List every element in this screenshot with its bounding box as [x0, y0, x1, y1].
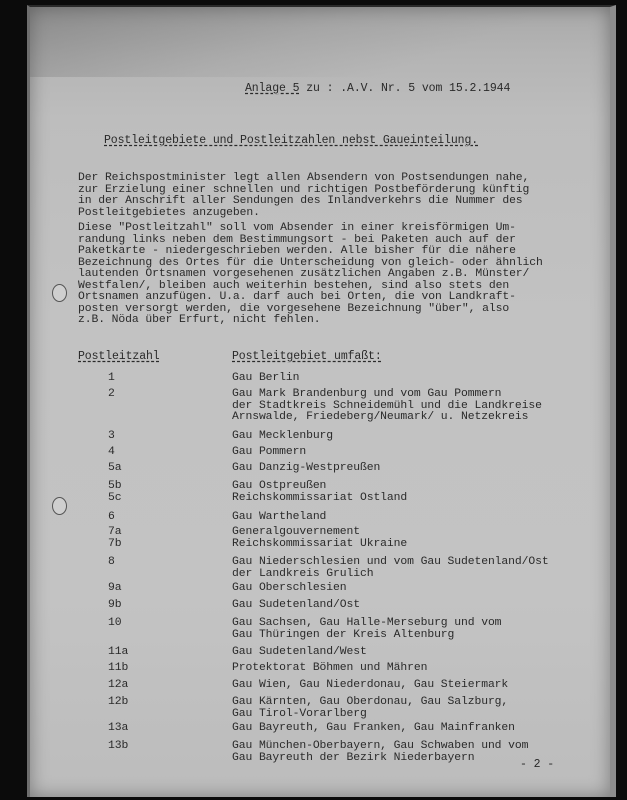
postal-area: GeneralgouvernementReichskommissariat Uk…	[232, 527, 407, 550]
postal-code: 5b 5c	[108, 481, 148, 504]
postal-code: 4	[108, 447, 148, 459]
postal-area-line: Gau Mecklenburg	[232, 431, 333, 443]
postal-area-line: Generalgouvernement	[232, 527, 407, 539]
annex-label: Anlage 5	[245, 82, 299, 95]
postal-code: 13a	[108, 723, 148, 735]
postal-area-line: Gau Bayreuth, Gau Franken, Gau Mainfrank…	[232, 723, 515, 735]
postal-area: Gau Mecklenburg	[232, 431, 333, 443]
postal-area: Gau Berlin	[232, 373, 299, 385]
postal-area: Gau Danzig-Westpreußen	[232, 463, 380, 475]
paragraph-line: Postleitgebietes anzugeben.	[78, 208, 529, 220]
postal-area-line: Gau Mark Brandenburg und vom Gau Pommern	[232, 389, 542, 401]
postal-code: 2	[108, 389, 148, 401]
postal-area-line: Gau Niederschlesien und vom Gau Sudetenl…	[232, 557, 549, 569]
postal-area-line: Gau Sudetenland/West	[232, 647, 367, 659]
postal-code: 12a	[108, 680, 148, 692]
annex-reference-rest: zu : .A.V. Nr. 5 vom 15.2.1944	[299, 82, 510, 95]
postal-area: Protektorat Böhmen und Mähren	[232, 663, 427, 675]
paragraph-line: Ortsnamen anzufügen. U.a. darf auch bei …	[78, 292, 543, 304]
postal-area: Gau Wien, Gau Niederdonau, Gau Steiermar…	[232, 680, 508, 692]
postal-code: 1	[108, 373, 148, 385]
postal-code: 13b	[108, 741, 148, 753]
postal-area: Gau Oberschlesien	[232, 583, 347, 595]
postal-area-line: Arnswalde, Friedeberg/Neumark/ u. Netzek…	[232, 412, 542, 424]
postal-area: Gau OstpreußenReichskommissariat Ostland	[232, 481, 407, 504]
postal-code: 10	[108, 618, 148, 630]
postal-area: Gau Wartheland	[232, 512, 326, 524]
postal-code: 11a	[108, 647, 148, 659]
punch-hole-icon	[52, 284, 67, 302]
postal-area-line: Gau Danzig-Westpreußen	[232, 463, 380, 475]
postal-code: 9a	[108, 583, 148, 595]
paragraph-line: lautenden Ortsnamen vorgesehenen zusätzl…	[78, 269, 543, 281]
page-number: - 2 -	[520, 759, 554, 771]
postal-code: 12b	[108, 697, 148, 709]
postal-area-line: Gau Pommern	[232, 447, 306, 459]
postal-area-line: der Landkreis Grulich	[232, 569, 549, 581]
postal-area: Gau Pommern	[232, 447, 306, 459]
postal-area-line: Protektorat Böhmen und Mähren	[232, 663, 427, 675]
paragraph-line: Der Reichspostminister legt allen Absend…	[78, 173, 529, 185]
postal-area-line: Gau Wartheland	[232, 512, 326, 524]
postal-area-line: Gau Oberschlesien	[232, 583, 347, 595]
typewritten-page: Anlage 5 zu : .A.V. Nr. 5 vom 15.2.1944 …	[27, 5, 616, 797]
postal-area-line: Gau Sudetenland/Ost	[232, 600, 360, 612]
postal-area-line: Gau Thüringen der Kreis Altenburg	[232, 630, 501, 642]
paragraph-2: Diese "Postleitzahl" soll vom Absender i…	[78, 223, 543, 327]
postal-area-line: Gau Ostpreußen	[232, 481, 407, 493]
column-header-postleitgebiet: Postleitgebiet umfaßt:	[232, 351, 382, 363]
postal-area-line: Gau Kärnten, Gau Oberdonau, Gau Salzburg…	[232, 697, 508, 709]
postal-code: 6	[108, 512, 148, 524]
postal-code: 9b	[108, 600, 148, 612]
postal-area-line: Gau Sachsen, Gau Halle-Merseburg und vom	[232, 618, 501, 630]
postal-area: Gau Kärnten, Gau Oberdonau, Gau Salzburg…	[232, 697, 508, 720]
postal-area-line: Reichskommissariat Ukraine	[232, 539, 407, 551]
postal-area: Gau München-Oberbayern, Gau Schwaben und…	[232, 741, 528, 764]
punch-hole-icon	[52, 497, 67, 515]
postal-area-line: Gau Wien, Gau Niederdonau, Gau Steiermar…	[232, 680, 508, 692]
postal-code: 3	[108, 431, 148, 443]
paragraph-line: in der Anschrift aller Sendungen des Inl…	[78, 196, 529, 208]
postal-area: Gau Bayreuth, Gau Franken, Gau Mainfrank…	[232, 723, 515, 735]
postal-area: Gau Mark Brandenburg und vom Gau Pommern…	[232, 389, 542, 424]
postal-area: Gau Niederschlesien und vom Gau Sudetenl…	[232, 557, 549, 580]
paragraph-line: Diese "Postleitzahl" soll vom Absender i…	[78, 223, 543, 235]
postal-code: 5a	[108, 463, 148, 475]
postal-area-line: Reichskommissariat Ostland	[232, 493, 407, 505]
postal-code: 7a 7b	[108, 527, 148, 550]
postal-area-line: Gau Tirol-Vorarlberg	[232, 709, 508, 721]
postal-code: 11b	[108, 663, 148, 675]
postal-area-line: Gau Berlin	[232, 373, 299, 385]
postal-area: Gau Sudetenland/West	[232, 647, 367, 659]
postal-area-line: Gau Bayreuth der Bezirk Niederbayern	[232, 753, 528, 765]
postal-area: Gau Sudetenland/Ost	[232, 600, 360, 612]
postal-area: Gau Sachsen, Gau Halle-Merseburg und vom…	[232, 618, 501, 641]
paragraph-line: Paketkarte - niedergeschrieben werden. A…	[78, 246, 543, 258]
postal-code: 8	[108, 557, 148, 569]
postal-area-line: Gau München-Oberbayern, Gau Schwaben und…	[232, 741, 528, 753]
column-header-postleitzahl: Postleitzahl	[78, 351, 160, 363]
paragraph-line: z.B. Nöda über Erfurt, nicht fehlen.	[78, 315, 543, 327]
paragraph-1: Der Reichspostminister legt allen Absend…	[78, 173, 529, 219]
annex-reference: Anlage 5 zu : .A.V. Nr. 5 vom 15.2.1944	[245, 83, 510, 95]
document-title: Postleitgebiete und Postleitzahlen nebst…	[104, 135, 478, 147]
